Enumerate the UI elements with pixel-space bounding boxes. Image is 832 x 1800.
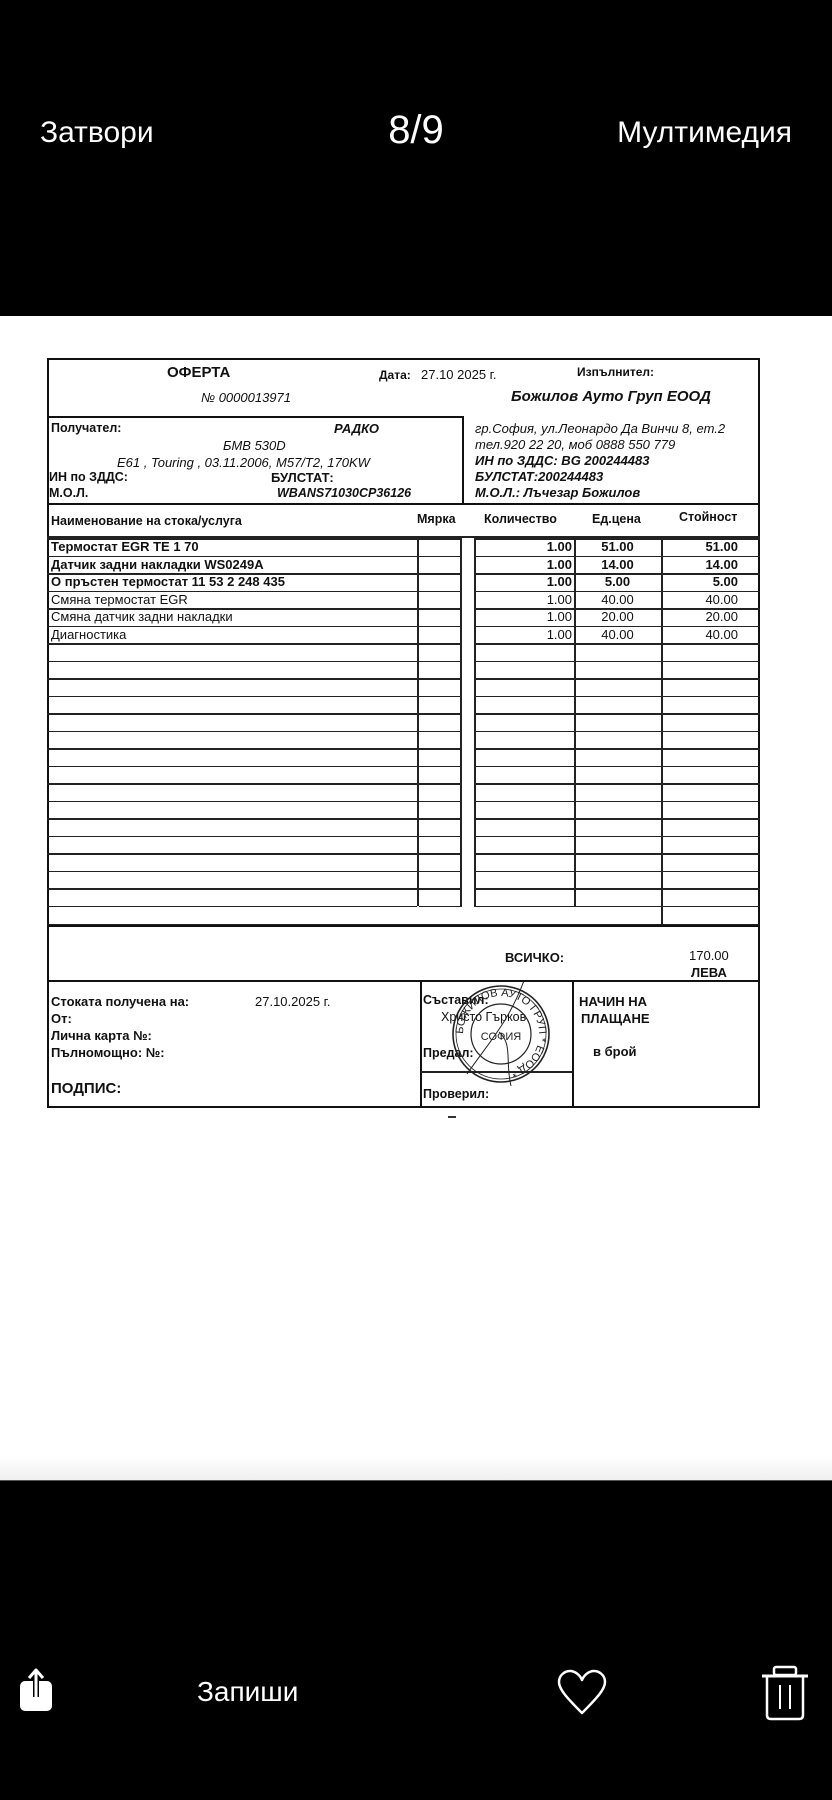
executor-vat: ИН по ЗДДС: BG 200244483 bbox=[475, 453, 649, 468]
grid-line bbox=[474, 818, 760, 820]
cell-qty: 1.00 bbox=[476, 557, 572, 572]
grid-line bbox=[47, 713, 417, 715]
total-currency: ЛЕВА bbox=[691, 965, 727, 980]
grid-line bbox=[419, 538, 462, 540]
grid-line bbox=[474, 836, 760, 838]
col-header-total: Стойност bbox=[679, 510, 737, 524]
cell-total: 51.00 bbox=[663, 539, 738, 554]
stamp-center-text: СОФИЯ bbox=[481, 1031, 522, 1043]
grid-line bbox=[474, 678, 760, 680]
cell-qty: 1.00 bbox=[476, 627, 572, 642]
grid-line bbox=[47, 661, 417, 663]
grid-line bbox=[419, 591, 462, 593]
cell-total: 20.00 bbox=[663, 609, 738, 624]
car-model: БМВ 530D bbox=[223, 438, 286, 453]
grid-line bbox=[47, 853, 417, 855]
grid-line bbox=[47, 748, 417, 750]
cell-price: 5.00 bbox=[576, 574, 659, 589]
grid-line bbox=[419, 801, 462, 803]
executor-company: Божилов Ауто Груп ЕООД bbox=[511, 388, 711, 405]
grid-line bbox=[474, 696, 760, 698]
grid-line bbox=[474, 801, 760, 803]
from-label: От: bbox=[51, 1011, 72, 1026]
vin-number: WBANS71030CP36126 bbox=[277, 486, 411, 500]
payment-label-2: ПЛАЩАНЕ bbox=[581, 1011, 650, 1026]
trash-icon[interactable] bbox=[760, 1665, 810, 1721]
cell-price: 20.00 bbox=[576, 609, 659, 624]
proxy-label: Пълномощно: №: bbox=[51, 1045, 165, 1060]
scan-mark bbox=[448, 1116, 456, 1118]
grid-line bbox=[47, 906, 417, 908]
payment-method: в брой bbox=[593, 1044, 637, 1059]
car-details: E61 , Touring , 03.11.2006, M57/T2, 170K… bbox=[117, 455, 370, 470]
signature-label: ПОДПИС: bbox=[51, 1080, 121, 1097]
grid-line bbox=[474, 643, 760, 645]
grid-line bbox=[474, 783, 760, 785]
cell-total: 40.00 bbox=[663, 627, 738, 642]
document-title: ОФЕРТА bbox=[167, 364, 230, 381]
cell-name: Термостат EGR TE 1 70 bbox=[51, 539, 415, 554]
heart-icon[interactable] bbox=[556, 1669, 608, 1717]
grid-line bbox=[474, 906, 760, 908]
cell-price: 40.00 bbox=[576, 627, 659, 642]
grid-line bbox=[47, 836, 417, 838]
grid-line bbox=[419, 731, 462, 733]
grid-line bbox=[460, 538, 462, 906]
grid-line bbox=[417, 538, 419, 906]
grid-line bbox=[419, 818, 462, 820]
grid-line bbox=[474, 713, 760, 715]
grid-line bbox=[419, 696, 462, 698]
media-button[interactable]: Мултимедия bbox=[617, 116, 792, 150]
grid-line bbox=[47, 871, 417, 873]
grid-line bbox=[474, 871, 760, 873]
grid-line bbox=[419, 573, 462, 575]
grid-line bbox=[419, 888, 462, 890]
grid-line bbox=[419, 661, 462, 663]
grid-line bbox=[419, 836, 462, 838]
grid-line bbox=[419, 748, 462, 750]
grid-line bbox=[419, 853, 462, 855]
bottom-bar: Запиши bbox=[0, 1480, 832, 1800]
received-label: Стоката получена на: bbox=[51, 994, 189, 1009]
executor-phones: тел.920 22 20, моб 0888 550 779 bbox=[475, 437, 675, 452]
offer-document: ОФЕРТА Дата: 27.10 2025 г. Изпълнител: №… bbox=[47, 358, 760, 1108]
grid-line bbox=[419, 766, 462, 768]
recipient-mol-label: М.О.Л. bbox=[49, 486, 88, 500]
col-header-qty: Количество bbox=[484, 512, 557, 526]
col-header-price: Ед.цена bbox=[592, 512, 641, 526]
recipient-bulstat-label: БУЛСТАТ: bbox=[271, 470, 334, 485]
image-viewer[interactable]: ОФЕРТА Дата: 27.10 2025 г. Изпълнител: №… bbox=[0, 316, 832, 1480]
grid-line bbox=[47, 801, 417, 803]
recipient-name: РАДКО bbox=[334, 421, 379, 436]
cell-qty: 1.00 bbox=[476, 539, 572, 554]
grid-line bbox=[47, 731, 417, 733]
grid-line bbox=[474, 731, 760, 733]
grid-line bbox=[474, 853, 760, 855]
grid-line bbox=[47, 696, 417, 698]
grid-line bbox=[47, 888, 417, 890]
grid-line bbox=[419, 643, 462, 645]
executor-mol: М.О.Л.: Лъчезар Божилов bbox=[475, 485, 640, 500]
grid-line bbox=[474, 661, 760, 663]
total-amount: 170.00 bbox=[689, 948, 729, 963]
company-stamp: БОЖИЛОВ АУТО ГРУП * ЕООД * СОФИЯ bbox=[449, 982, 553, 1086]
grid-line bbox=[47, 783, 417, 785]
checked-label: Проверил: bbox=[423, 1087, 489, 1101]
id-card-label: Лична карта №: bbox=[51, 1028, 152, 1043]
grid-line bbox=[47, 678, 417, 680]
date-label: Дата: bbox=[379, 368, 411, 382]
document-number: № 0000013971 bbox=[201, 390, 291, 405]
cell-qty: 1.00 bbox=[476, 592, 572, 607]
grid-line bbox=[47, 643, 417, 645]
cell-total: 5.00 bbox=[663, 574, 738, 589]
grid-line bbox=[474, 748, 760, 750]
executor-label: Изпълнител: bbox=[577, 365, 654, 379]
col-header-unit: Мярка bbox=[417, 512, 456, 526]
cell-name: Диагностика bbox=[51, 627, 415, 642]
payment-label-1: НАЧИН НА bbox=[579, 994, 647, 1009]
cell-qty: 1.00 bbox=[476, 574, 572, 589]
executor-bulstat: БУЛСТАТ:200244483 bbox=[475, 469, 603, 484]
cell-price: 40.00 bbox=[576, 592, 659, 607]
grid-line bbox=[419, 871, 462, 873]
grid-line bbox=[419, 678, 462, 680]
grid-line bbox=[474, 888, 760, 890]
total-label: ВСИЧКО: bbox=[505, 950, 564, 965]
share-icon[interactable] bbox=[18, 1667, 54, 1713]
grid-line bbox=[419, 608, 462, 610]
grid-line bbox=[419, 556, 462, 558]
save-button[interactable]: Запиши bbox=[197, 1676, 298, 1708]
recipient-label: Получател: bbox=[51, 421, 121, 435]
cell-name: О пръстен термостат 11 53 2 248 435 bbox=[51, 574, 415, 589]
cell-price: 51.00 bbox=[576, 539, 659, 554]
cell-total: 40.00 bbox=[663, 592, 738, 607]
grid-line bbox=[419, 713, 462, 715]
cell-total: 14.00 bbox=[663, 557, 738, 572]
cell-qty: 1.00 bbox=[476, 609, 572, 624]
received-date: 27.10.2025 г. bbox=[255, 994, 330, 1009]
recipient-vat-label: ИН по ЗДДС: bbox=[49, 470, 128, 484]
executor-address: гр.София, ул.Леонардо Да Винчи 8, ет.2 bbox=[475, 421, 725, 436]
grid-line bbox=[419, 626, 462, 628]
col-header-name: Наименование на стока/услуга bbox=[51, 514, 242, 528]
grid-line bbox=[47, 766, 417, 768]
date-value: 27.10 2025 г. bbox=[421, 367, 496, 382]
grid-line bbox=[419, 906, 462, 908]
cell-name: Датчик задни накладки WS0249A bbox=[51, 557, 415, 572]
grid-line bbox=[47, 818, 417, 820]
cell-name: Смяна термостат EGR bbox=[51, 592, 415, 607]
grid-line bbox=[419, 783, 462, 785]
grid-line bbox=[474, 766, 760, 768]
cell-name: Смяна датчик задни накладки bbox=[51, 609, 415, 624]
top-bar: Затвори 8/9 Мултимедия bbox=[0, 0, 832, 316]
cell-price: 14.00 bbox=[576, 557, 659, 572]
